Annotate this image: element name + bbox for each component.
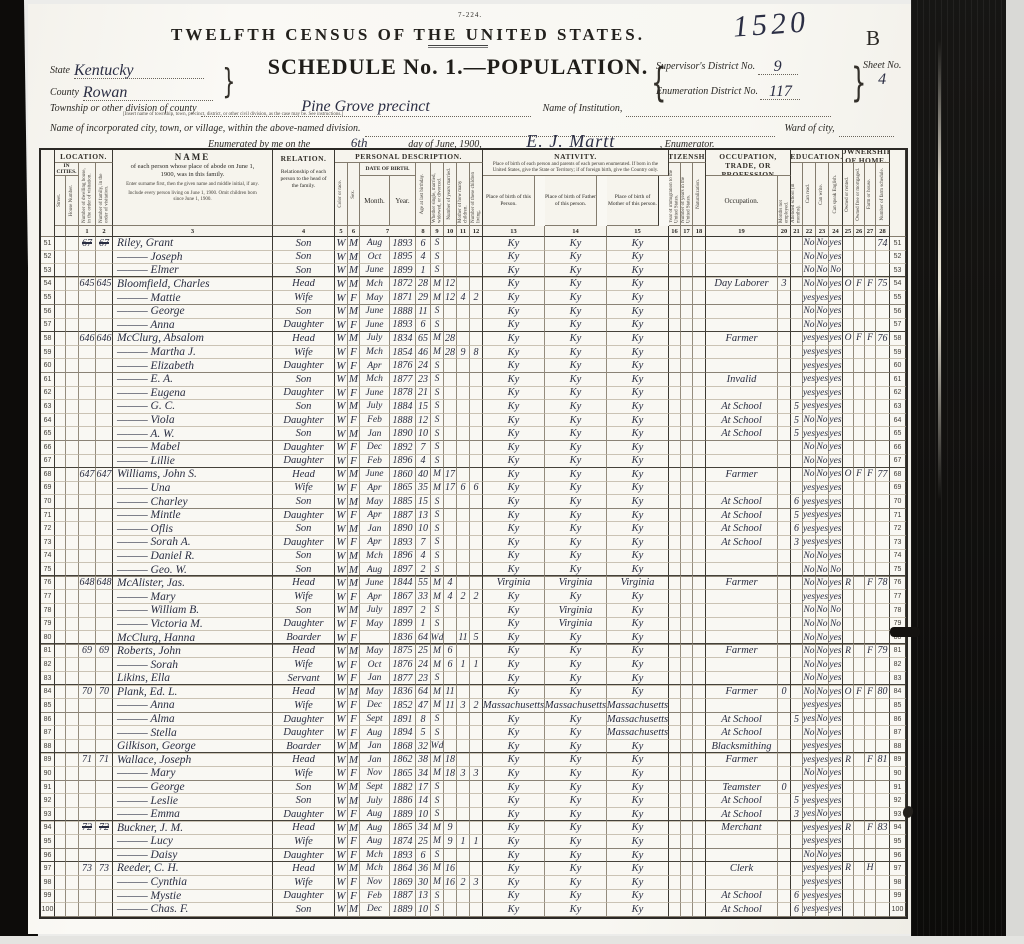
street-cell	[55, 495, 66, 509]
education-group-header: EDUCATION.	[791, 150, 843, 163]
house-number-cell	[66, 550, 79, 564]
can-speak-english-cell: yes	[829, 890, 843, 904]
sex-cell: M	[348, 820, 360, 835]
relation-cell: Daughter	[273, 359, 335, 373]
attended-school-cell	[791, 820, 803, 835]
children-living-cell: 2	[470, 590, 483, 604]
scan-scratch	[938, 40, 941, 500]
name-cell: ——— Martha J.	[113, 346, 273, 360]
dwelling-number-cell	[79, 890, 96, 904]
free-mortgaged-cell	[854, 658, 865, 672]
dwelling-number-cell: 647	[79, 467, 96, 482]
birth-month-cell: Apr	[360, 536, 390, 550]
farm-schedule-cell	[876, 495, 890, 509]
relation-cell: Daughter	[273, 387, 335, 401]
years-in-us-cell	[681, 658, 693, 672]
house-number-cell	[66, 794, 79, 808]
age-cell: 7	[416, 536, 431, 550]
father-birthplace-cell: Ky	[545, 713, 607, 727]
occupation-cell: At School	[706, 890, 778, 904]
farm-schedule-cell	[876, 522, 890, 536]
years-married-cell: 18	[444, 752, 457, 767]
line-number-right: 52	[890, 251, 906, 265]
months-not-employed-cell	[778, 400, 791, 414]
years-married-cell	[444, 536, 457, 550]
age-cell: 25	[416, 643, 431, 658]
father-birthplace-cell: Ky	[545, 251, 607, 265]
house-number-cell	[66, 346, 79, 360]
farm-house-cell	[865, 305, 876, 319]
can-speak-english-cell: yes	[829, 251, 843, 265]
years-married-cell	[444, 522, 457, 536]
immigration-year-cell	[669, 752, 681, 767]
naturalization-cell	[693, 794, 706, 808]
sex-cell: F	[348, 726, 360, 740]
name-cell: ——— Alma	[113, 713, 273, 727]
birth-month-cell: July	[360, 400, 390, 414]
free-mortgaged-cell	[854, 575, 865, 590]
age-cell: 1	[416, 618, 431, 632]
dwelling-number-cell	[79, 427, 96, 441]
months-not-employed-cell	[778, 509, 791, 523]
birth-month-cell: Dec	[360, 699, 390, 713]
farm-schedule-cell	[876, 876, 890, 890]
birth-year-cell: 1897	[390, 604, 416, 618]
color-race-cell: W	[335, 781, 348, 795]
age-cell: 33	[416, 590, 431, 604]
can-speak-english-cell: No	[829, 618, 843, 632]
house-number-cell	[66, 400, 79, 414]
farm-house-cell	[865, 876, 876, 890]
sex-cell: F	[348, 699, 360, 713]
farm-schedule-cell	[876, 618, 890, 632]
family-number-header-label: Number of family, in the order of visita…	[99, 163, 110, 225]
naturalization-cell	[693, 427, 706, 441]
can-write-cell: yes	[816, 359, 829, 373]
can-speak-english-cell: yes	[829, 550, 843, 564]
children-living-cell	[470, 522, 483, 536]
mother-of-children-cell	[457, 794, 470, 808]
can-speak-english-cell: yes	[829, 237, 843, 251]
street-cell	[55, 820, 66, 835]
can-write-cell: No	[816, 575, 829, 590]
can-read-cell: yes	[803, 713, 816, 727]
months-not-employed-cell	[778, 522, 791, 536]
marital-status-cell: M	[431, 291, 444, 305]
street-cell	[55, 590, 66, 604]
children-living-cell	[470, 441, 483, 455]
children-living-cell: 3	[470, 767, 483, 781]
color-race-cell: W	[335, 522, 348, 536]
dwelling-number-cell	[79, 359, 96, 373]
house-number-cell	[66, 876, 79, 890]
children-living-cell: 6	[470, 482, 483, 496]
birth-month-cell: Mch	[360, 861, 390, 876]
naturalization-cell	[693, 276, 706, 291]
occupation-cell	[706, 237, 778, 251]
marital-status-cell: S	[431, 373, 444, 387]
months-not-employed-cell	[778, 441, 791, 455]
children-living-cell	[470, 495, 483, 509]
house-number-cell	[66, 467, 79, 482]
naturalization-cell	[693, 550, 706, 564]
relation-cell: Son	[273, 427, 335, 441]
street-cell	[55, 359, 66, 373]
farm-house-cell: F	[865, 820, 876, 835]
birth-year-cell: 1884	[390, 400, 416, 414]
can-read-header-label: Can read.	[806, 182, 811, 205]
birth-year-cell: 1874	[390, 835, 416, 849]
father-birthplace-cell: Ky	[545, 237, 607, 251]
family-number-cell	[96, 767, 113, 781]
mother-birthplace-cell: Ky	[607, 305, 669, 319]
owned-rented-cell: R	[843, 752, 854, 767]
age-cell: 46	[416, 346, 431, 360]
marital-status-cell: M	[431, 467, 444, 482]
father-birthplace-cell: Ky	[545, 876, 607, 890]
street-cell	[55, 305, 66, 319]
mother-birthplace-cell: Ky	[607, 509, 669, 523]
can-read-cell: No	[803, 441, 816, 455]
can-read-cell: No	[803, 237, 816, 251]
house-number-cell	[66, 658, 79, 672]
naturalization-cell	[693, 331, 706, 346]
column-number: 24	[829, 226, 843, 237]
farm-house-cell: F	[865, 467, 876, 482]
line-number-right: 94	[890, 820, 906, 835]
mother-of-children-cell: 1	[457, 658, 470, 672]
relation-cell: Son	[273, 373, 335, 387]
mother-of-children-cell	[457, 427, 470, 441]
line-number-right: 98	[890, 876, 906, 890]
birth-year-cell: 1886	[390, 794, 416, 808]
birth-month-cell: Feb	[360, 414, 390, 428]
mother-of-children-cell	[457, 467, 470, 482]
father-birthplace-cell: Ky	[545, 331, 607, 346]
birthplace-cell: Ky	[483, 890, 545, 904]
owned-rented-cell	[843, 441, 854, 455]
months-not-employed-cell	[778, 427, 791, 441]
column-number: 11	[457, 226, 470, 237]
house-number-cell	[66, 903, 79, 917]
street-cell	[55, 618, 66, 632]
can-read-cell: No	[803, 575, 816, 590]
children-living-cell	[470, 575, 483, 590]
name-cell: Plank, Ed. L.	[113, 684, 273, 699]
occupation-cell	[706, 291, 778, 305]
column-number: 23	[816, 226, 829, 237]
mother-birthplace-cell: Massachusetts	[607, 726, 669, 740]
months-not-employed-cell	[778, 861, 791, 876]
owned-rented-cell	[843, 237, 854, 251]
line-number-right: 91	[890, 781, 906, 795]
relation-cell: Wife	[273, 699, 335, 713]
marital-status-cell: M	[431, 575, 444, 590]
immigration-year-cell	[669, 414, 681, 428]
family-number-cell	[96, 590, 113, 604]
years-in-us-cell	[681, 699, 693, 713]
column-number: 27	[865, 226, 876, 237]
can-read-cell: No	[803, 467, 816, 482]
street-cell	[55, 387, 66, 401]
sheet-value: 4	[863, 71, 901, 89]
naturalization-header-label: Naturalization.	[696, 177, 701, 211]
can-speak-english-cell: yes	[829, 536, 843, 550]
population-schedule-table: LOCATION.PERSONAL DESCRIPTION.CITIZENSHI…	[39, 148, 908, 919]
free-mortgaged-cell	[854, 767, 865, 781]
can-speak-english-cell: yes	[829, 522, 843, 536]
attended-school-cell	[791, 482, 803, 496]
marital-status-cell: M	[431, 684, 444, 699]
immigration-year-cell	[669, 794, 681, 808]
sex-cell: M	[348, 400, 360, 414]
free-mortgaged-cell	[854, 618, 865, 632]
dwelling-number-cell	[79, 305, 96, 319]
farm-schedule-cell	[876, 305, 890, 319]
marital-status-cell: M	[431, 767, 444, 781]
street-cell	[55, 903, 66, 917]
owned-rented-cell	[843, 359, 854, 373]
marital-status-cell: M	[431, 658, 444, 672]
naturalization-cell	[693, 903, 706, 917]
can-write-cell: No	[816, 767, 829, 781]
years-in-us-cell	[681, 251, 693, 265]
dwelling-number-cell	[79, 251, 96, 265]
dwelling-number-cell	[79, 835, 96, 849]
can-speak-english-cell: yes	[829, 414, 843, 428]
owned-rented-cell	[843, 604, 854, 618]
family-number-cell	[96, 305, 113, 319]
occupation-cell: At School	[706, 427, 778, 441]
line-number: 91	[41, 781, 55, 795]
father-birthplace-cell: Ky	[545, 359, 607, 373]
father-birthplace-cell: Ky	[545, 427, 607, 441]
occupation-cell	[706, 590, 778, 604]
name-cell: ——— Chas. F.	[113, 903, 273, 917]
age-cell: 35	[416, 482, 431, 496]
can-write-cell: No	[816, 237, 829, 251]
birthplace-cell: Ky	[483, 251, 545, 265]
column-number: 1	[79, 226, 96, 237]
occupation-cell	[706, 604, 778, 618]
birth-month-cell: July	[360, 794, 390, 808]
can-speak-english-cell: yes	[829, 387, 843, 401]
children-living-cell	[470, 359, 483, 373]
family-number-cell: 646	[96, 331, 113, 346]
birthplace-cell: Ky	[483, 684, 545, 699]
years-married-cell: 6	[444, 658, 457, 672]
birthplace-mother-header: Place of birth of Mother of this person.	[607, 176, 659, 226]
dwelling-number-cell: 648	[79, 575, 96, 590]
farm-house-cell	[865, 699, 876, 713]
age-cell: 11	[416, 305, 431, 319]
mother-birthplace-cell: Ky	[607, 495, 669, 509]
years-in-us-cell	[681, 291, 693, 305]
dwelling-number-cell: 67	[79, 237, 96, 251]
relation-cell: Daughter	[273, 890, 335, 904]
owned-rented-cell	[843, 373, 854, 387]
birthplace-cell: Ky	[483, 643, 545, 658]
farm-schedule-cell	[876, 414, 890, 428]
owned-rented-cell	[843, 482, 854, 496]
age-cell: 4	[416, 550, 431, 564]
can-write-cell: No	[816, 713, 829, 727]
children-living-cell	[470, 890, 483, 904]
can-speak-english-cell: yes	[829, 427, 843, 441]
years-married-cell: 16	[444, 876, 457, 890]
name-cell: ——— Eugena	[113, 387, 273, 401]
farm-schedule-cell	[876, 713, 890, 727]
children-living-cell	[470, 861, 483, 876]
line-number: 62	[41, 387, 55, 401]
free-mortgaged-cell	[854, 387, 865, 401]
name-cell: ——— A. W.	[113, 427, 273, 441]
can-write-cell: yes	[816, 794, 829, 808]
farm-schedule-cell	[876, 794, 890, 808]
farm-schedule-cell	[876, 726, 890, 740]
line-number-right: 59	[890, 346, 906, 360]
street-cell	[55, 467, 66, 482]
children-living-cell	[470, 903, 483, 917]
birthplace-cell: Ky	[483, 237, 545, 251]
house-number-cell	[66, 387, 79, 401]
relation-cell: Wife	[273, 346, 335, 360]
attended-school-cell	[791, 658, 803, 672]
relation-cell: Son	[273, 903, 335, 917]
farm-house-cell	[865, 414, 876, 428]
can-read-cell: No	[803, 767, 816, 781]
dwelling-number-cell	[79, 618, 96, 632]
owned-rented-cell	[843, 713, 854, 727]
owned-rented-cell	[843, 781, 854, 795]
dwelling-number-cell	[79, 495, 96, 509]
birthplace-cell: Ky	[483, 658, 545, 672]
can-write-cell: No	[816, 251, 829, 265]
free-mortgaged-cell	[854, 781, 865, 795]
farm-house-cell: F	[865, 575, 876, 590]
line-number: 59	[41, 346, 55, 360]
mother-of-children-cell	[457, 604, 470, 618]
line-number: 89	[41, 752, 55, 767]
naturalization-cell	[693, 726, 706, 740]
children-living-header: Number of these children living.	[470, 163, 483, 226]
months-not-employed-cell	[778, 835, 791, 849]
mother-birthplace-cell: Ky	[607, 387, 669, 401]
free-mortgaged-cell	[854, 427, 865, 441]
birth-year-cell: 1865	[390, 820, 416, 835]
line-number-right: 72	[890, 522, 906, 536]
birth-year-cell: 1862	[390, 752, 416, 767]
birth-year-cell: 1852	[390, 699, 416, 713]
occupation-group-header: OCCUPATION, TRADE, OR PROFESSIONof each …	[706, 150, 791, 176]
birth-year-cell: 1895	[390, 251, 416, 265]
street-cell	[55, 276, 66, 291]
name-header-name_note2: Include every person living on June 1, 1…	[123, 191, 263, 203]
dwelling-number-cell	[79, 509, 96, 523]
name-cell: ——— Victoria M.	[113, 618, 273, 632]
attended-school-cell	[791, 291, 803, 305]
house-number-cell	[66, 781, 79, 795]
line-number: 72	[41, 522, 55, 536]
relation-cell: Daughter	[273, 441, 335, 455]
months-not-employed-cell	[778, 482, 791, 496]
age-cell: 47	[416, 699, 431, 713]
line-number-right: 77	[890, 590, 906, 604]
years-married-cell: 12	[444, 291, 457, 305]
months-not-employed-header-label: Months not employed.	[779, 176, 790, 225]
birth-month-cell: Jan	[360, 752, 390, 767]
relation-cell: Son	[273, 237, 335, 251]
color-race-cell: W	[335, 400, 348, 414]
family-number-cell	[96, 482, 113, 496]
months-not-employed-cell	[778, 373, 791, 387]
can-speak-english-cell: yes	[829, 482, 843, 496]
attended-school-cell	[791, 251, 803, 265]
scan-edge-right	[911, 0, 1006, 940]
street-cell	[55, 291, 66, 305]
owned-rented-cell	[843, 251, 854, 265]
can-speak-english-cell: yes	[829, 767, 843, 781]
age-cell: 10	[416, 522, 431, 536]
line-number: 84	[41, 684, 55, 699]
marital-status-cell: M	[431, 699, 444, 713]
can-write-cell: yes	[816, 400, 829, 414]
mother-of-children-cell: 3	[457, 699, 470, 713]
immigration-year-cell	[669, 604, 681, 618]
months-not-employed-cell	[778, 726, 791, 740]
free-mortgaged-cell	[854, 835, 865, 849]
free-mortgaged-cell	[854, 509, 865, 523]
house-number-cell	[66, 359, 79, 373]
enumeration-district-label: Enumeration District No.	[656, 86, 758, 97]
line-number-right: 78	[890, 604, 906, 618]
birth-month-cell: Dec	[360, 903, 390, 917]
farm-house-cell	[865, 495, 876, 509]
can-read-cell: No	[803, 604, 816, 618]
can-speak-english-cell: yes	[829, 684, 843, 699]
street-cell	[55, 251, 66, 265]
birth-year-cell: 1893	[390, 536, 416, 550]
birth-year-cell: 1860	[390, 467, 416, 482]
marital-status-cell: S	[431, 359, 444, 373]
can-read-cell: yes	[803, 427, 816, 441]
naturalization-cell	[693, 713, 706, 727]
years-in-us-cell	[681, 495, 693, 509]
immigration-year-cell	[669, 331, 681, 346]
sex-cell: M	[348, 781, 360, 795]
immigration-year-cell	[669, 251, 681, 265]
farm-schedule-cell	[876, 346, 890, 360]
mother-of-children-cell	[457, 509, 470, 523]
birthplace-cell: Ky	[483, 726, 545, 740]
months-not-employed-cell	[778, 604, 791, 618]
relation-cell: Head	[273, 575, 335, 590]
occupation-cell	[706, 618, 778, 632]
owned-rented-cell: R	[843, 820, 854, 835]
dwelling-number-cell	[79, 373, 96, 387]
naturalization-cell	[693, 781, 706, 795]
can-speak-english-cell: yes	[829, 441, 843, 455]
relation-cell: Son	[273, 251, 335, 265]
months-not-employed-cell	[778, 575, 791, 590]
birth-year-cell: 1899	[390, 618, 416, 632]
birthplace-cell: Ky	[483, 276, 545, 291]
birth-year-cell: 1891	[390, 713, 416, 727]
line-number: 78	[41, 604, 55, 618]
attended-school-cell	[791, 618, 803, 632]
attended-school-cell: 6	[791, 522, 803, 536]
color-race-cell: W	[335, 536, 348, 550]
